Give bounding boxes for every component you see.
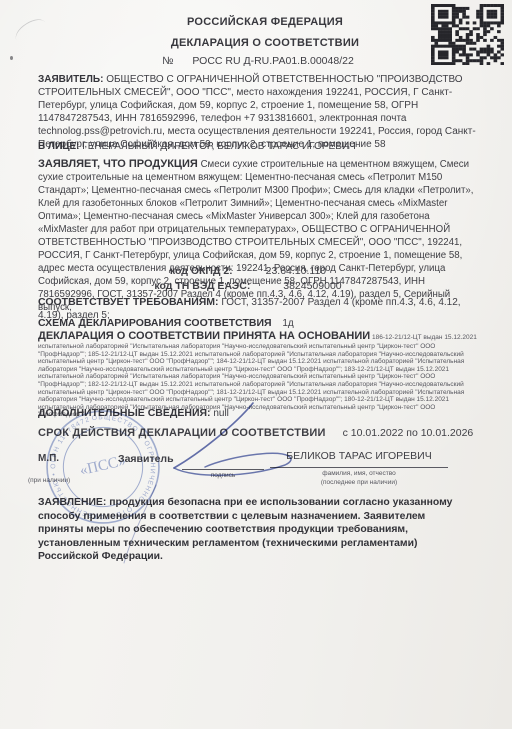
declaration-number: РОСС RU Д-RU.РА01.В.00048/22 xyxy=(192,55,353,67)
validity-value: с 10.01.2022 по 10.01.2026 xyxy=(343,427,474,439)
scheme-value: 1д xyxy=(282,318,293,329)
in-person-label: В ЛИЦЕ: xyxy=(38,141,80,152)
applicant-text: ОБЩЕСТВО С ОГРАНИЧЕННОЙ ОТВЕТСТВЕННОСТЬЮ… xyxy=(38,74,476,150)
scheme-label: СХЕМА ДЕКЛАРИРОВАНИЯ СООТВЕТСТВИЯ xyxy=(38,317,272,329)
complies-label: СООТВЕТСТВУЕТ ТРЕБОВАНИЯМ: xyxy=(38,296,219,308)
tnved-code-label: код ТН ВЭД ЕАЭС: xyxy=(154,280,250,292)
declaration-document: РОССИЙСКАЯ ФЕДЕРАЦИЯ ДЕКЛАРАЦИЯ О СООТВЕ… xyxy=(0,0,512,729)
header-country: РОССИЙСКАЯ ФЕДЕРАЦИЯ xyxy=(60,16,470,28)
tnved-code-row: код ТН ВЭД ЕАЭС: 3824509000 xyxy=(38,280,458,292)
applicant-label: ЗАЯВИТЕЛЬ: xyxy=(38,74,103,85)
pencil-mark xyxy=(12,14,51,48)
ink-speck xyxy=(10,56,13,60)
number-label: № xyxy=(162,55,173,67)
in-person-line: В ЛИЦЕ: ГЕНЕРАЛЬНЫЙ ДИРЕКТОР, БЕЛИКОВ ТА… xyxy=(38,140,476,153)
okpd-code-label: код ОКПД 2: xyxy=(170,265,233,277)
declares-label: ЗАЯВЛЯЕТ, ЧТО ПРОДУКЦИЯ xyxy=(38,158,198,170)
okpd-code-value: 23.64.10.110 xyxy=(266,265,327,277)
handwritten-signature xyxy=(100,395,330,575)
declaration-number-line: № РОСС RU Д-RU.РА01.В.00048/22 xyxy=(58,55,458,67)
document-title: ДЕКЛАРАЦИЯ О СООТВЕТСТВИИ xyxy=(60,37,470,49)
okpd-code-row: код ОКПД 2: 23.64.10.110 xyxy=(38,265,458,277)
basis-label: ДЕКЛАРАЦИЯ О СООТВЕТСТВИИ ПРИНЯТА НА ОСН… xyxy=(38,330,370,342)
in-person-text: ГЕНЕРАЛЬНЫЙ ДИРЕКТОР, БЕЛИКОВ ТАРАС ИГОР… xyxy=(82,141,355,152)
tnved-code-value: 3824509000 xyxy=(283,280,341,292)
scheme-line: СХЕМА ДЕКЛАРИРОВАНИЯ СООТВЕТСТВИЯ 1д xyxy=(38,317,476,330)
